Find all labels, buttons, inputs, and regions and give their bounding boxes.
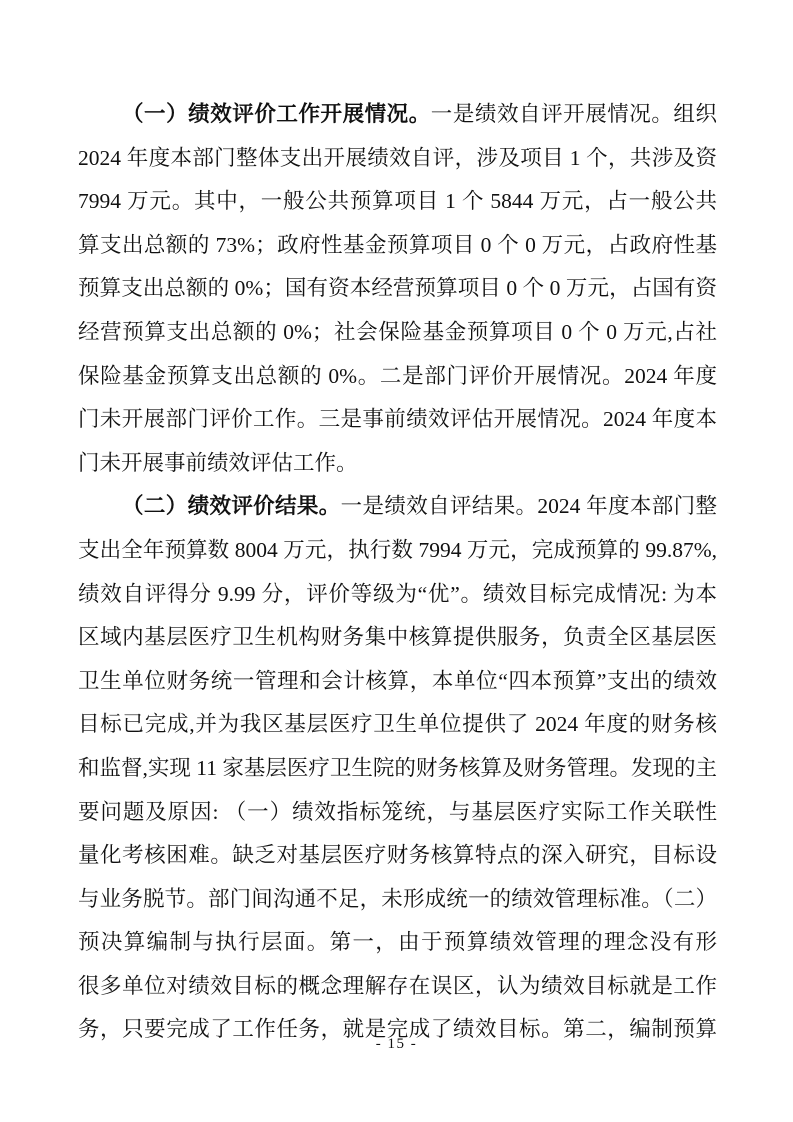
text-line: 绩效自评得分 9.99 分，评价等级为“优”。绩效目标完成情况: 为本: [78, 573, 717, 617]
text-line: 2024 年度本部门整体支出开展绩效自评，涉及项目 1 个，共涉及资金: [78, 137, 717, 181]
text-line: 预决算编制与执行层面。第一，由于预算绩效管理的理念没有形成，: [78, 921, 717, 965]
text-line: 经营预算支出总额的 0%；社会保险基金预算项目 0 个 0 万元,占社会: [78, 311, 717, 355]
section-heading-2: （二）绩效评价结果。: [122, 494, 341, 518]
text-line: 目标已完成,并为我区基层医疗卫生单位提供了 2024 年度的财务核算: [78, 703, 717, 747]
text-line: 量化考核困难。缺乏对基层医疗财务核算特点的深入研究，目标设定: [78, 834, 717, 878]
text-line: 和监督,实现 11 家基层医疗卫生院的财务核算及财务管理。发现的主: [78, 747, 717, 791]
text-line: 要问题及原因: （一）绩效指标笼统，与基层医疗实际工作关联性弱，: [78, 791, 717, 835]
page-number: - 15 -: [0, 1033, 793, 1055]
text-line: 支出全年预算数 8004 万元，执行数 7994 万元，完成预算的 99.87%…: [78, 529, 717, 573]
text-line: 门未开展部门评价工作。三是事前绩效评估开展情况。2024 年度本部: [78, 398, 717, 442]
text-line: 保险基金预算支出总额的 0%。二是部门评价开展情况。2024 年度本部: [78, 355, 717, 399]
text-line: 区域内基层医疗卫生机构财务集中核算提供服务，负责全区基层医疗: [78, 616, 717, 660]
text-line: 算支出总额的 73%；政府性基金预算项目 0 个 0 万元，占政府性基金: [78, 224, 717, 268]
text-line: 卫生单位财务统一管理和会计核算，本单位“四本预算”支出的绩效: [78, 660, 717, 704]
text-line: 很多单位对绩效目标的概念理解存在误区，认为绩效目标就是工作任: [78, 965, 717, 1009]
text-line: 与业务脱节。部门间沟通不足，未形成统一的绩效管理标准。（二）: [78, 878, 717, 922]
section-heading-1: （一）绩效评价工作开展情况。: [122, 102, 431, 126]
document-body: （一）绩效评价工作开展情况。一是绩效自评开展情况。组织对 2024 年度本部门整…: [78, 93, 717, 1052]
paragraph-2-line-1: （二）绩效评价结果。一是绩效自评结果。2024 年度本部门整体: [78, 485, 717, 529]
document-page: （一）绩效评价工作开展情况。一是绩效自评开展情况。组织对 2024 年度本部门整…: [0, 0, 793, 1122]
text-line: 预算支出总额的 0%；国有资本经营预算项目 0 个 0 万元，占国有资本: [78, 267, 717, 311]
text-line: 7994 万元。其中，一般公共预算项目 1 个 5844 万元，占一般公共预: [78, 180, 717, 224]
paragraph-1-line-1: （一）绩效评价工作开展情况。一是绩效自评开展情况。组织对: [78, 93, 717, 137]
text-line: 门未开展事前绩效评估工作。: [78, 442, 717, 486]
